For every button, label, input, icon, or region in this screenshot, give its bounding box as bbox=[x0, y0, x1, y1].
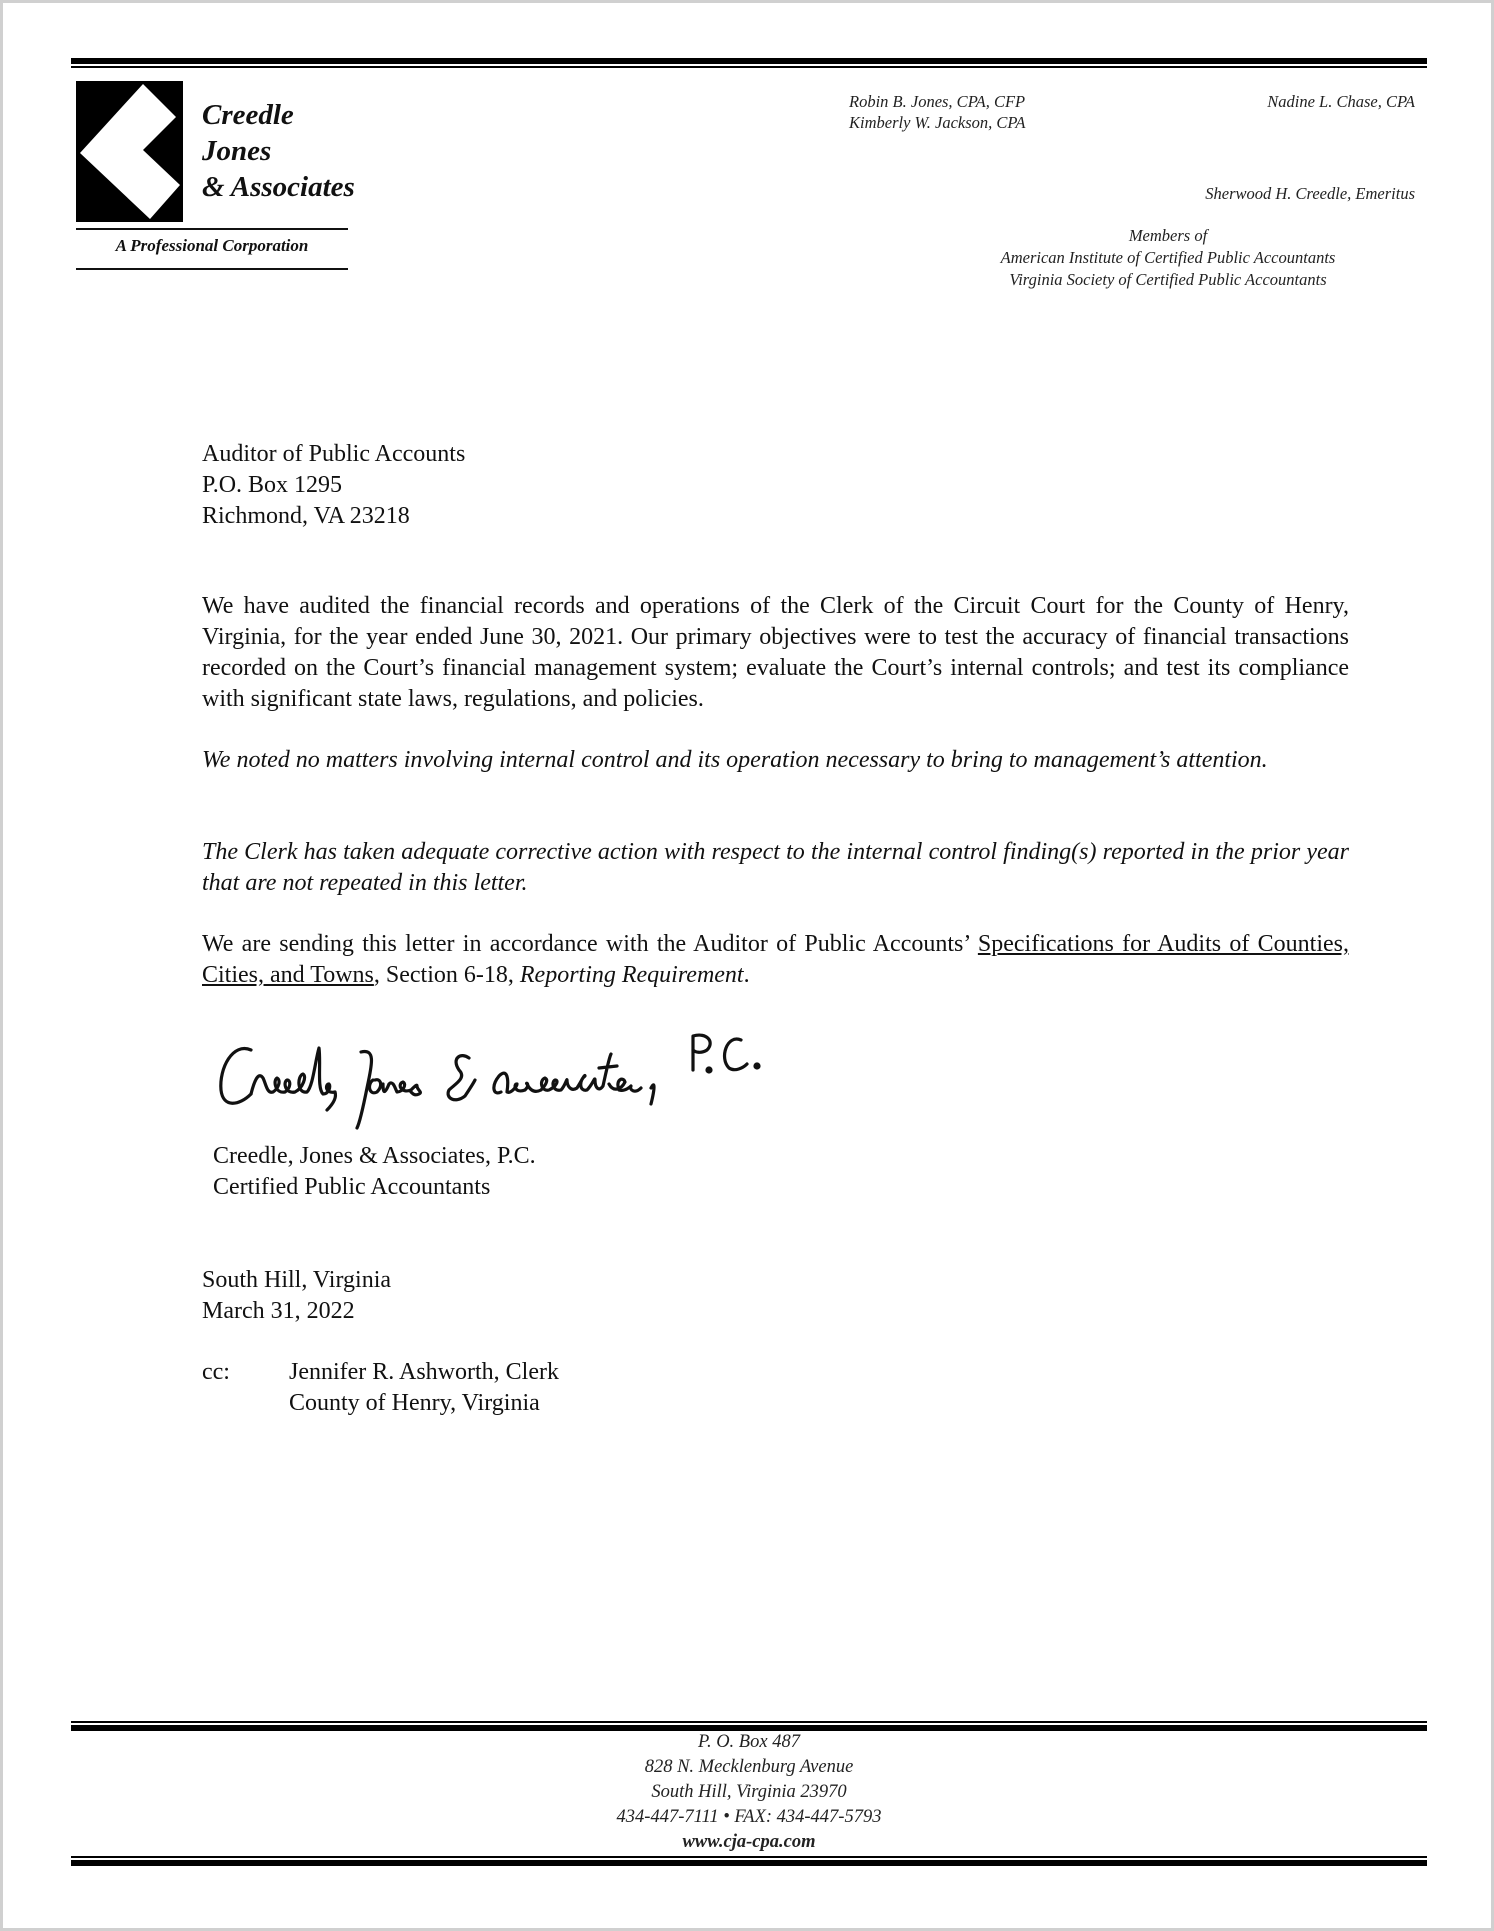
partner-name: Kimberly W. Jackson, CPA bbox=[849, 112, 1025, 133]
footer-website: www.cja-cpa.com bbox=[71, 1830, 1427, 1855]
signature-block: Creedle, Jones & Associates, P.C. Certif… bbox=[213, 1141, 536, 1203]
partner-name: Robin B. Jones, CPA, CFP bbox=[849, 91, 1025, 112]
footer-rule-thin-top bbox=[71, 1721, 1427, 1723]
firm-name: Creedle Jones & Associates bbox=[202, 97, 355, 205]
cc-recipient-location: County of Henry, Virginia bbox=[289, 1388, 559, 1419]
reporting-end-text: . bbox=[744, 962, 750, 988]
place-and-date: South Hill, Virginia March 31, 2022 bbox=[202, 1265, 391, 1327]
letter-page: Creedle Jones & Associates A Professiona… bbox=[0, 0, 1494, 1931]
reporting-requirement-text: Reporting Requirement bbox=[520, 962, 744, 988]
membership-aicpa: American Institute of Certified Public A… bbox=[903, 247, 1433, 269]
reporting-section-text: , Section 6-18, bbox=[374, 962, 520, 988]
footer-phone-fax: 434-447-7111 • FAX: 434-447-5793 bbox=[71, 1805, 1427, 1830]
firm-logo-icon bbox=[76, 81, 183, 222]
footer-rule-thin-bottom bbox=[71, 1856, 1427, 1858]
membership-vscpa: Virginia Society of Certified Public Acc… bbox=[903, 269, 1433, 291]
footer-address: P. O. Box 487 828 N. Mecklenburg Avenue … bbox=[71, 1730, 1427, 1855]
firm-name-line-2: Jones bbox=[202, 133, 355, 169]
paragraph-corrective-action: The Clerk has taken adequate corrective … bbox=[202, 837, 1349, 899]
footer-rule-thick-bottom bbox=[71, 1860, 1427, 1866]
header-rule-thick bbox=[71, 58, 1427, 64]
tagline-rule-bottom bbox=[76, 268, 348, 270]
tagline-rule-top bbox=[76, 228, 348, 230]
cc-label: cc: bbox=[202, 1357, 230, 1388]
firm-name-line-1: Creedle bbox=[202, 97, 355, 133]
header-rule-thin bbox=[71, 66, 1427, 68]
footer-street: 828 N. Mecklenburg Avenue bbox=[71, 1755, 1427, 1780]
footer-city: South Hill, Virginia 23970 bbox=[71, 1780, 1427, 1805]
place: South Hill, Virginia bbox=[202, 1265, 391, 1296]
handwritten-signature bbox=[211, 1028, 971, 1138]
addressee-block: Auditor of Public Accounts P.O. Box 1295… bbox=[202, 439, 465, 532]
addressee-line: Auditor of Public Accounts bbox=[202, 439, 465, 470]
cc-recipient: Jennifer R. Ashworth, Clerk bbox=[289, 1357, 559, 1388]
firm-name-line-3: & Associates bbox=[202, 169, 355, 205]
memberships-heading: Members of bbox=[903, 225, 1433, 247]
memberships: Members of American Institute of Certifi… bbox=[903, 225, 1433, 291]
signature-firm-title: Certified Public Accountants bbox=[213, 1172, 536, 1203]
addressee-line: P.O. Box 1295 bbox=[202, 470, 465, 501]
addressee-line: Richmond, VA 23218 bbox=[202, 501, 465, 532]
partners-left: Robin B. Jones, CPA, CFP Kimberly W. Jac… bbox=[849, 91, 1025, 133]
letter-date: March 31, 2022 bbox=[202, 1296, 391, 1327]
footer-po-box: P. O. Box 487 bbox=[71, 1730, 1427, 1755]
paragraph-no-matters: We noted no matters involving internal c… bbox=[202, 745, 1349, 776]
emeritus-partner: Sherwood H. Creedle, Emeritus bbox=[1205, 183, 1415, 204]
partners-right: Nadine L. Chase, CPA bbox=[1267, 91, 1415, 112]
partner-name: Nadine L. Chase, CPA bbox=[1267, 91, 1415, 112]
paragraph-audit-scope: We have audited the financial records an… bbox=[202, 591, 1349, 715]
paragraph-reporting: We are sending this letter in accordance… bbox=[202, 929, 1349, 991]
signature-firm-name: Creedle, Jones & Associates, P.C. bbox=[213, 1141, 536, 1172]
reporting-lead-text: We are sending this letter in accordance… bbox=[202, 931, 978, 957]
firm-tagline: A Professional Corporation bbox=[76, 236, 348, 256]
